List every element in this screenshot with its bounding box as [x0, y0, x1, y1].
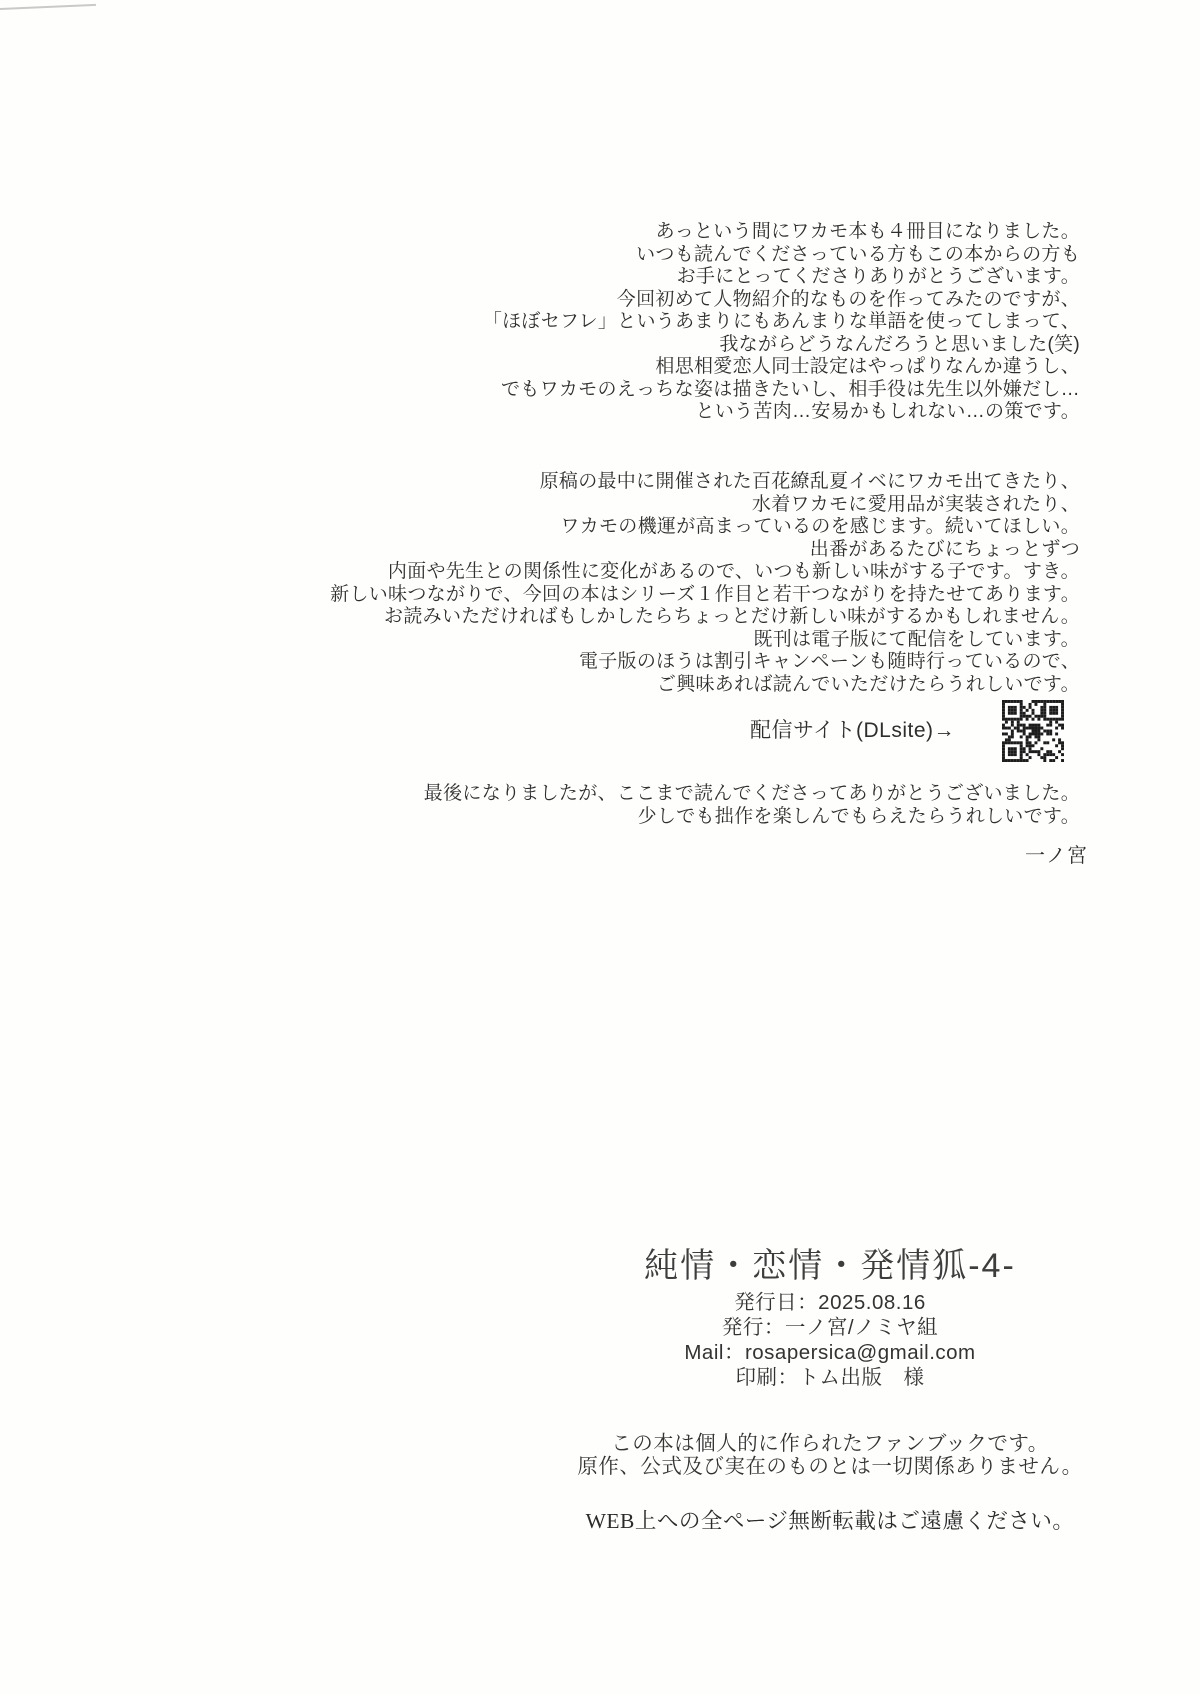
- text-line: 「ほぼセフレ」というあまりにもあんまりな単語を使ってしまって、: [483, 311, 1080, 334]
- no-repost-warning: WEB上への全ページ無断転載はご遠慮ください。: [430, 1504, 1200, 1535]
- text-line: 発行：一ノ宮/ノミヤ組: [430, 1315, 1200, 1340]
- author-signature: 一ノ宮: [1025, 839, 1088, 868]
- text-line: 出番があるたびにちょっとずつ: [330, 539, 1080, 562]
- text-line: 今回初めて人物紹介的なものを作ってみたのですが、: [483, 289, 1080, 312]
- disclaimer: この本は個人的に作られたファンブックです。原作、公式及び実在のものとは一切関係あ…: [430, 1432, 1200, 1478]
- text-line: 既刊は電子版にて配信をしています。: [330, 629, 1080, 652]
- text-line: 水着ワカモに愛用品が実装されたり、: [330, 494, 1080, 517]
- closing-paragraph: 最後になりましたが、ここまで読んでくださってありがとうございました。少しでも拙作…: [424, 783, 1080, 828]
- afterword-paragraph-1: あっという間にワカモ本も４冊目になりました。いつも読んでくださっている方もこの本…: [483, 221, 1080, 424]
- text-line: 発行日：2025.08.16: [430, 1290, 1200, 1315]
- text-line: お手にとってくださりありがとうございます。: [483, 266, 1080, 289]
- text-line: 原作、公式及び実在のものとは一切関係ありません。: [430, 1455, 1200, 1478]
- colophon: 純情・恋情・発情狐-4- 発行日：2025.08.16発行：一ノ宮/ノミヤ組Ma…: [430, 1246, 1200, 1535]
- text-line: この本は個人的に作られたファンブックです。: [430, 1432, 1200, 1455]
- text-line: 内面や先生との関係性に変化があるので、いつも新しい味がする子です。すき。: [330, 561, 1080, 584]
- text-line: 電子版のほうは割引キャンペーンも随時行っているので、: [330, 651, 1080, 674]
- text-line: という苦肉…安易かもしれない…の策です。: [483, 401, 1080, 424]
- text-line: 最後になりましたが、ここまで読んでくださってありがとうございました。: [424, 783, 1080, 806]
- text-line: 新しい味つながりで、今回の本はシリーズ１作目と若干つながりを持たせてあります。: [330, 584, 1080, 607]
- afterword-page: あっという間にワカモ本も４冊目になりました。いつも読んでくださっている方もこの本…: [0, 0, 1200, 1694]
- text-line: 我ながらどうなんだろうと思いました(笑): [483, 334, 1080, 357]
- text-line: Mail：rosapersica@gmail.com: [430, 1340, 1200, 1365]
- scan-artifact-line: [0, 4, 96, 10]
- text-line: お読みいただければもしかしたらちょっとだけ新しい味がするかもしれません。: [330, 606, 1080, 629]
- text-line: でもワカモのえっちな姿は描きたいし、相手役は先生以外嫌だし…: [483, 379, 1080, 402]
- text-line: あっという間にワカモ本も４冊目になりました。: [483, 221, 1080, 244]
- text-line: 少しでも拙作を楽しんでもらえたらうれしいです。: [424, 806, 1080, 829]
- afterword-paragraph-2: 原稿の最中に開催された百花繚乱夏イベにワカモ出てきたり、水着ワカモに愛用品が実装…: [330, 471, 1080, 696]
- text-line: 相思相愛恋人同士設定はやっぱりなんか違うし、: [483, 356, 1080, 379]
- publication-info: 発行日：2025.08.16発行：一ノ宮/ノミヤ組Mail：rosapersic…: [430, 1290, 1200, 1390]
- text-line: 印刷：トム出版 様: [430, 1365, 1200, 1390]
- text-line: 原稿の最中に開催された百花繚乱夏イベにワカモ出てきたり、: [330, 471, 1080, 494]
- text-line: いつも読んでくださっている方もこの本からの方も: [483, 244, 1080, 267]
- distribution-site-label: 配信サイト(DLsite)→: [750, 714, 955, 744]
- qr-code-icon: [1002, 700, 1064, 762]
- book-title: 純情・恋情・発情狐-4-: [430, 1246, 1200, 1286]
- text-line: ご興味あれば読んでいただけたらうれしいです。: [330, 674, 1080, 697]
- text-line: ワカモの機運が高まっているのを感じます。続いてほしい。: [330, 516, 1080, 539]
